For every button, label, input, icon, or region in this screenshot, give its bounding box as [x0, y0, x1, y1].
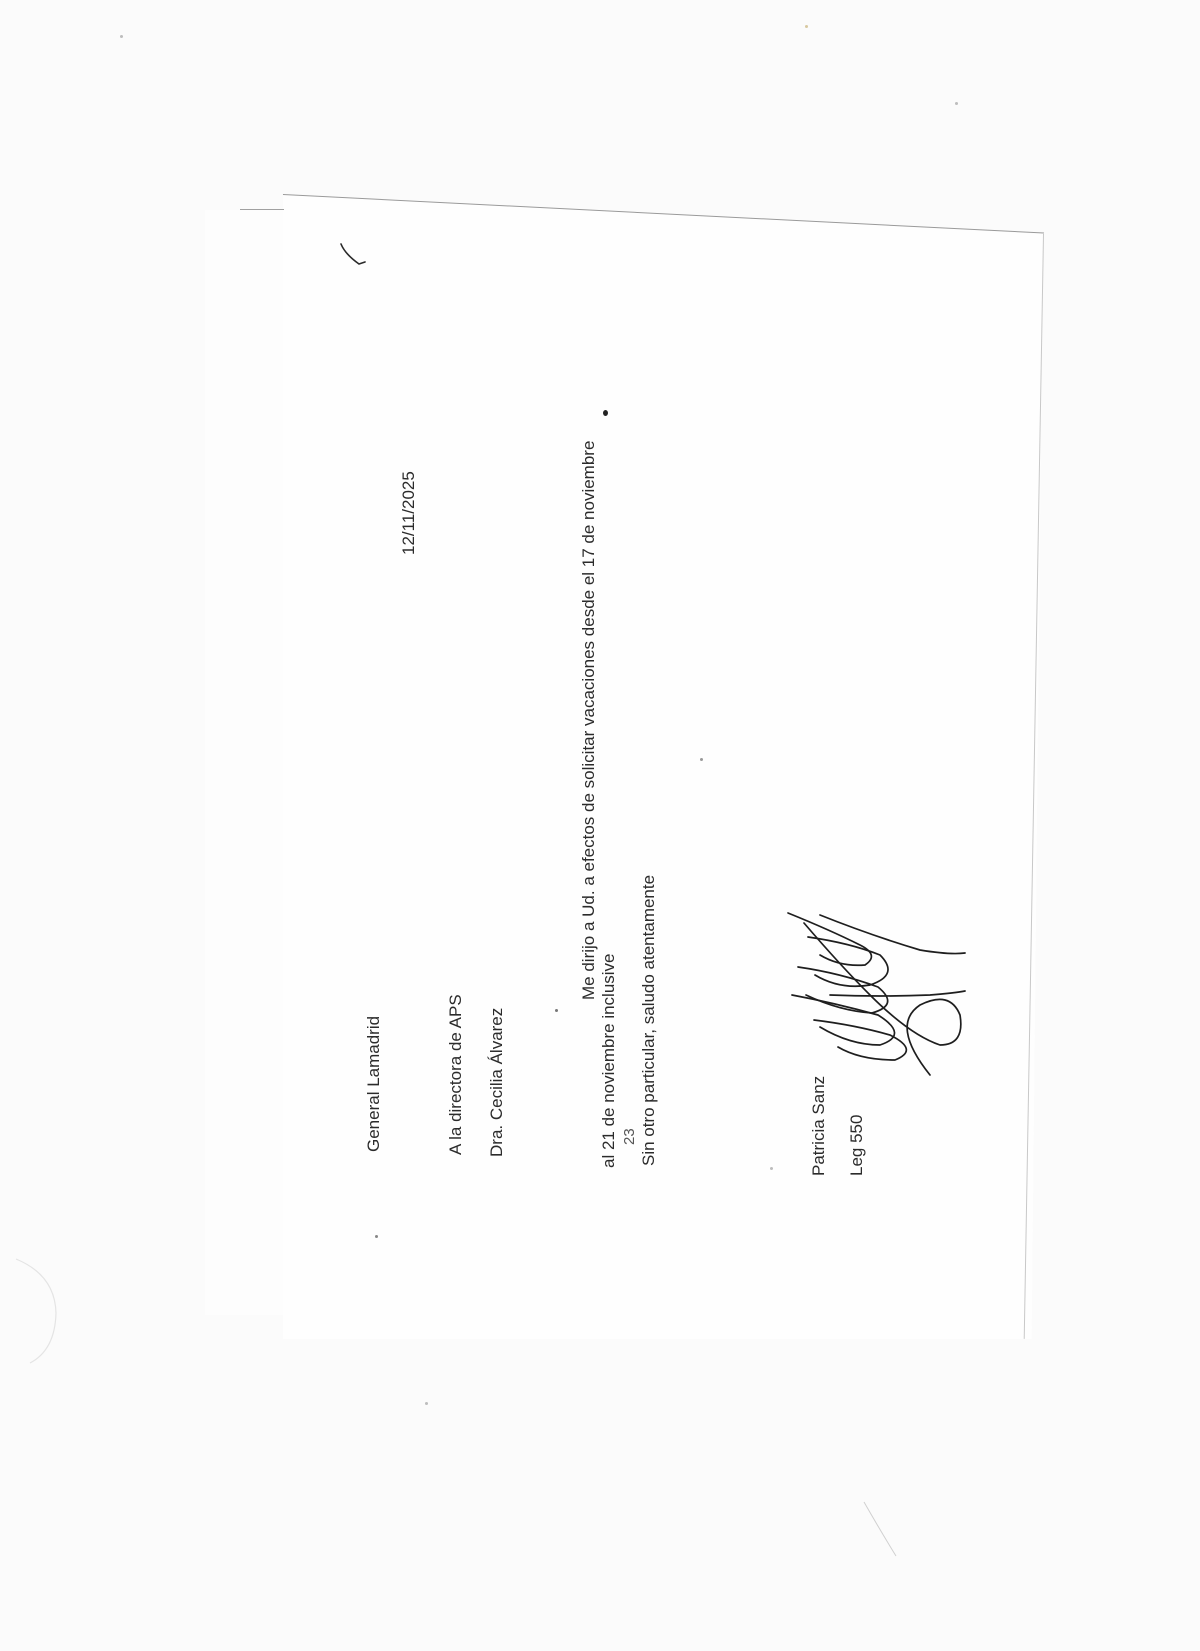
place-line: General Lamadrid: [365, 1016, 382, 1152]
recipient-line-1: A la directora de APS: [447, 994, 464, 1155]
closing-line: Sin otro particular, saludo atentamente: [640, 875, 657, 1166]
signer-name: Patricia Sanz: [810, 1076, 827, 1176]
ink-mark: [603, 410, 608, 416]
dust-speck: [555, 1009, 558, 1012]
signature-icon: [760, 895, 980, 1085]
signer-id: Leg 550: [848, 1115, 865, 1176]
dust-speck: [805, 25, 808, 28]
scanner-background-strip: [205, 210, 285, 1315]
letter-page: [283, 194, 1043, 1339]
dust-speck: [425, 1402, 428, 1405]
recipient-line-2: Dra. Cecilia Álvarez: [488, 1008, 505, 1157]
dust-speck: [375, 1235, 378, 1238]
dust-speck: [955, 102, 958, 105]
date-line: 12/11/2025: [400, 471, 417, 555]
dust-speck: [770, 1167, 773, 1170]
paper-top-edge-left: [240, 209, 284, 210]
dust-speck: [120, 35, 123, 38]
check-mark-icon: [335, 240, 375, 275]
body-line-1: Me dirijo a Ud. a efectos de solicitar v…: [580, 441, 597, 1000]
scan-artifact-arc: [0, 1255, 70, 1365]
dust-speck: [700, 758, 703, 761]
scan-artifact-scratch: [860, 1500, 900, 1560]
handwritten-correction: 23: [622, 1128, 637, 1145]
body-line-2: al 21 de noviembre inclusive: [600, 953, 617, 1168]
